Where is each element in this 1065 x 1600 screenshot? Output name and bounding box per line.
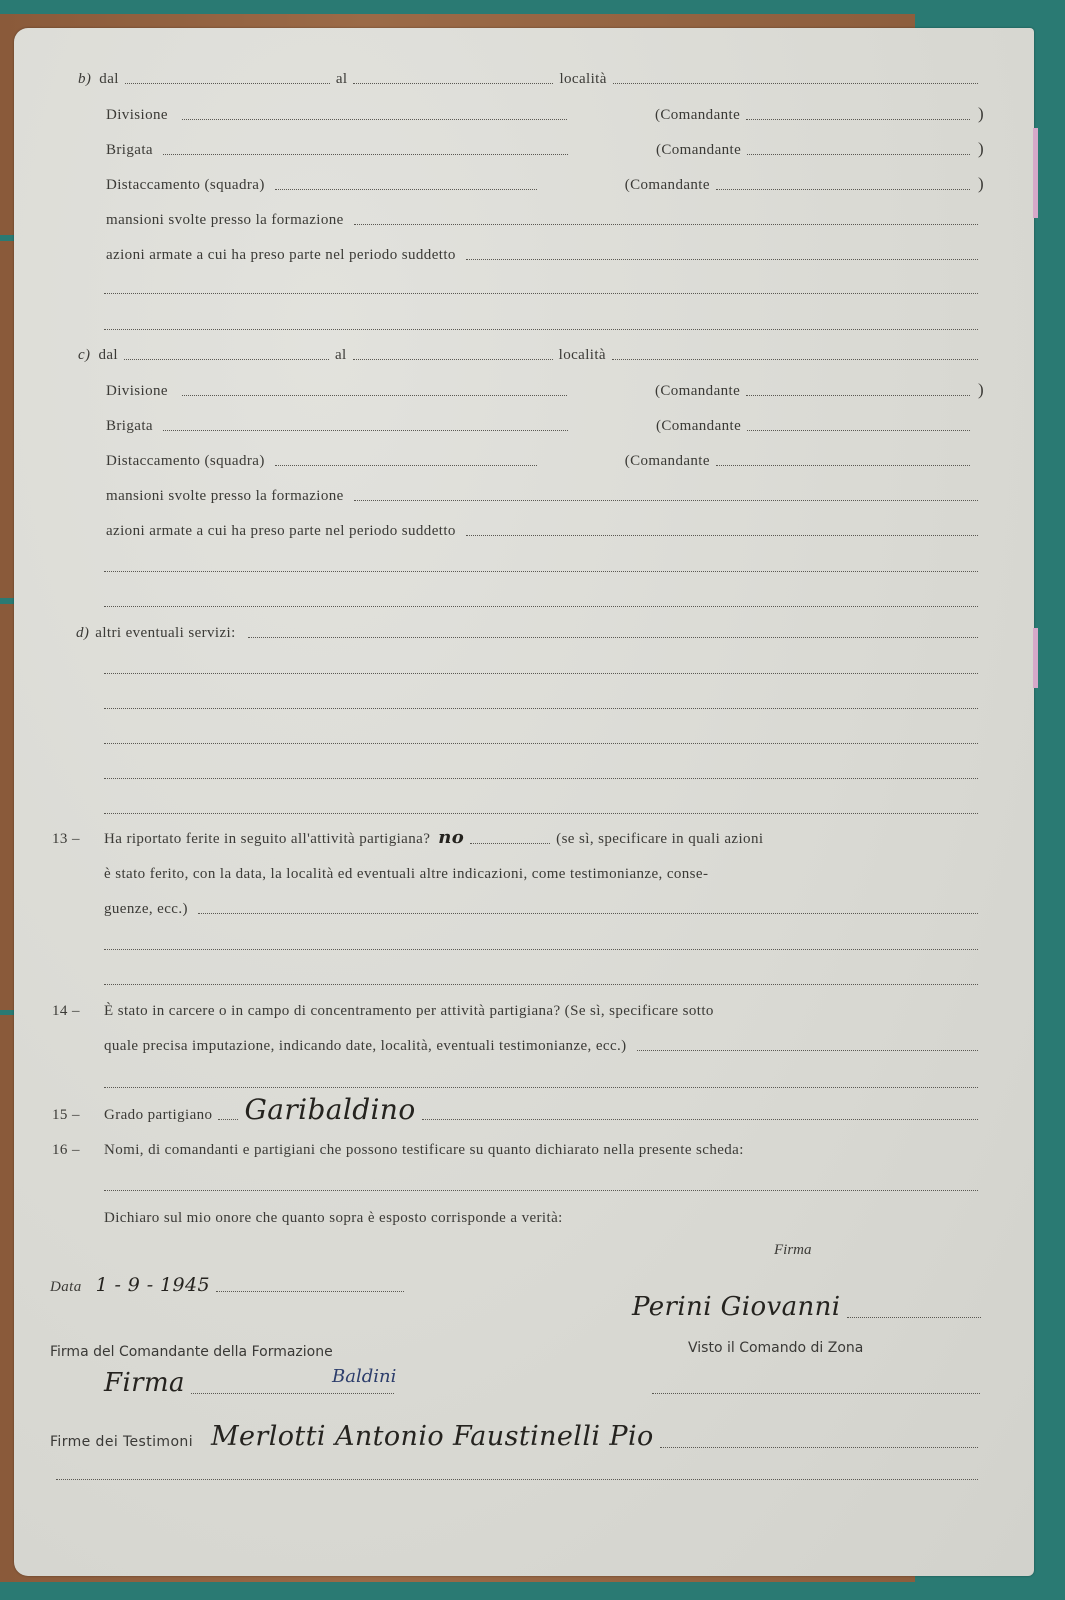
blank-line: [14, 965, 1034, 989]
distaccamento-field[interactable]: [275, 465, 537, 466]
comandante-label: (Comandante: [656, 142, 741, 159]
distaccamento-field[interactable]: [275, 189, 537, 190]
dal-field[interactable]: [125, 83, 330, 84]
declaration-text: Dichiaro sul mio onore che quanto sopra …: [104, 1210, 563, 1227]
comandante-signature-blue[interactable]: Baldini: [332, 1366, 396, 1387]
section-c-mansioni: mansioni svolte presso la formazione: [14, 481, 1034, 505]
q15-label: Grado partigiano: [104, 1107, 212, 1124]
comandante-field[interactable]: [716, 189, 970, 190]
blank-line: [50, 1460, 984, 1484]
comandante-field[interactable]: [747, 154, 970, 155]
comandante-label: (Comandante: [625, 177, 710, 194]
blank-line: [14, 1171, 1034, 1195]
azioni-field[interactable]: [466, 259, 978, 260]
section-letter: c): [78, 347, 90, 364]
al-field[interactable]: [353, 359, 553, 360]
al-label: al: [336, 71, 348, 88]
blank-field[interactable]: [104, 1190, 978, 1191]
q14-question: quale precisa imputazione, indicando dat…: [104, 1038, 627, 1055]
close-paren: ): [978, 174, 984, 194]
q14-line-2: quale precisa imputazione, indicando dat…: [14, 1031, 1034, 1055]
blank-field[interactable]: [56, 1479, 978, 1480]
blank-field[interactable]: [104, 813, 978, 814]
blank-line: [14, 310, 1034, 334]
blank-field[interactable]: [104, 949, 978, 950]
blank-field[interactable]: [104, 778, 978, 779]
visto-comando-label: Visto il Comando di Zona: [688, 1340, 863, 1356]
section-c-brigata: Brigata (Comandante: [14, 411, 1034, 435]
comandante-field[interactable]: [746, 119, 970, 120]
q13-note: è stato ferito, con la data, la località…: [104, 866, 708, 883]
brigata-label: Brigata: [106, 142, 153, 159]
divisione-label: Divisione: [106, 383, 168, 400]
servizi-label: altri eventuali servizi:: [95, 625, 235, 642]
question-number: 14 –: [52, 1003, 104, 1020]
mansioni-field[interactable]: [354, 224, 978, 225]
localita-field[interactable]: [612, 359, 978, 360]
visto-comando-field[interactable]: [652, 1393, 980, 1394]
q15-field-lead: [218, 1119, 238, 1120]
q13-answer[interactable]: no: [438, 827, 464, 848]
blank-line: [14, 930, 1034, 954]
divisione-field[interactable]: [182, 119, 567, 120]
brigata-field[interactable]: [163, 154, 568, 155]
firma-signature[interactable]: Perini Giovanni: [632, 1292, 841, 1322]
divisione-label: Divisione: [106, 107, 168, 124]
comandante-field: [191, 1393, 394, 1394]
comandante-label: (Comandante: [625, 453, 710, 470]
divisione-field[interactable]: [182, 395, 567, 396]
comandante-field[interactable]: [716, 465, 970, 466]
comandante-label: (Comandante: [656, 418, 741, 435]
section-b-azioni: azioni armate a cui ha preso parte nel p…: [14, 240, 1034, 264]
localita-label: località: [559, 347, 606, 364]
form-page: b) dal al località Divisione (Comandante…: [14, 28, 1034, 1576]
close-paren: ): [978, 139, 984, 159]
blank-line: [14, 587, 1034, 611]
section-b-mansioni: mansioni svolte presso la formazione: [14, 205, 1034, 229]
declaration-line: Dichiaro sul mio onore che quanto sopra …: [14, 1203, 1034, 1227]
blank-field[interactable]: [104, 293, 978, 294]
firma-label: Firma: [774, 1242, 812, 1259]
question-number: 16 –: [52, 1142, 104, 1159]
q14-line-1: 14 – È stato in carcere o in campo di co…: [14, 996, 1034, 1020]
q13-details-field[interactable]: [198, 913, 978, 914]
distaccamento-label: Distaccamento (squadra): [106, 177, 265, 194]
blank-field[interactable]: [104, 571, 978, 572]
dal-label: dal: [99, 71, 119, 88]
localita-field[interactable]: [613, 83, 978, 84]
blank-field[interactable]: [104, 606, 978, 607]
section-c-azioni: azioni armate a cui ha preso parte nel p…: [14, 516, 1034, 540]
section-c-divisione: Divisione (Comandante ): [14, 376, 1034, 400]
brigata-field[interactable]: [163, 430, 568, 431]
testimoni-signatures[interactable]: Merlotti Antonio Faustinelli Pio: [211, 1421, 654, 1452]
testimoni-line: Firme dei Testimoni Merlotti Antonio Fau…: [50, 1418, 984, 1452]
distaccamento-label: Distaccamento (squadra): [106, 453, 265, 470]
section-d-servizi: d) altri eventuali servizi:: [14, 618, 1034, 642]
q13-line-1: 13 – Ha riportato ferite in seguito all'…: [14, 824, 1034, 848]
azioni-field[interactable]: [466, 535, 978, 536]
comandante-field[interactable]: [746, 395, 970, 396]
q15-answer[interactable]: Garibaldino: [244, 1098, 415, 1122]
close-paren: ): [978, 104, 984, 124]
section-b-dates: b) dal al località: [14, 64, 1034, 88]
comandante-label: (Comandante: [655, 383, 740, 400]
blank-line: [14, 724, 1034, 748]
blank-line: [14, 552, 1034, 576]
mansioni-label: mansioni svolte presso la formazione: [106, 212, 344, 229]
q13-answer-field: [470, 843, 550, 844]
section-c-dates: c) dal al località: [14, 340, 1034, 364]
testimoni-field: [660, 1447, 978, 1448]
comandante-field[interactable]: [747, 430, 970, 431]
data-field: [216, 1291, 404, 1292]
blank-field[interactable]: [104, 743, 978, 744]
testimoni-label: Firme dei Testimoni: [50, 1434, 193, 1450]
q13-line-2: è stato ferito, con la data, la località…: [14, 859, 1034, 883]
data-label: Data: [50, 1279, 82, 1296]
azioni-label: azioni armate a cui ha preso parte nel p…: [106, 247, 456, 264]
blank-line: [14, 689, 1034, 713]
blank-field[interactable]: [104, 1087, 978, 1088]
comandante-label: (Comandante: [655, 107, 740, 124]
mansioni-label: mansioni svolte presso la formazione: [106, 488, 344, 505]
q13-line-3: guenze, ecc.): [14, 894, 1034, 918]
blank-field[interactable]: [104, 673, 978, 674]
blank-line: [14, 274, 1034, 298]
comandante-signature[interactable]: Firma: [104, 1368, 185, 1398]
azioni-label: azioni armate a cui ha preso parte nel p…: [106, 523, 456, 540]
blank-field[interactable]: [104, 984, 978, 985]
localita-label: località: [559, 71, 606, 88]
visto-comando-line: [646, 1374, 986, 1398]
section-letter: b): [78, 71, 91, 88]
section-letter: d): [76, 625, 89, 642]
section-c-distaccamento: Distaccamento (squadra) (Comandante: [14, 446, 1034, 470]
firma-line: Perini Giovanni: [632, 1288, 987, 1322]
section-b-divisione: Divisione (Comandante ): [14, 100, 1034, 124]
blank-line: [14, 654, 1034, 678]
blank-line: [14, 794, 1034, 818]
q15-field[interactable]: [422, 1119, 978, 1120]
blank-field[interactable]: [104, 329, 978, 330]
q13-note: (se sì, specificare in quali azioni: [556, 831, 763, 848]
comandante-formazione-label: Firma del Comandante della Formazione: [50, 1344, 333, 1360]
blank-line: [14, 759, 1034, 783]
q14-question: È stato in carcere o in campo di concent…: [104, 1003, 714, 1020]
blank-field[interactable]: [104, 708, 978, 709]
servizi-field[interactable]: [248, 637, 978, 638]
q13-question: Ha riportato ferite in seguito all'attiv…: [104, 831, 430, 848]
section-b-distaccamento: Distaccamento (squadra) (Comandante ): [14, 170, 1034, 194]
q15-line: 15 – Grado partigiano Garibaldino: [14, 1100, 1034, 1124]
al-label: al: [335, 347, 347, 364]
q16-line: 16 – Nomi, di comandanti e partigiani ch…: [14, 1135, 1034, 1159]
q16-label: Nomi, di comandanti e partigiani che pos…: [104, 1142, 744, 1159]
dal-label: dal: [98, 347, 118, 364]
mansioni-field[interactable]: [354, 500, 978, 501]
blank-line: [14, 1068, 1034, 1092]
section-b-brigata: Brigata (Comandante ): [14, 135, 1034, 159]
data-value[interactable]: 1 - 9 - 1945: [96, 1274, 210, 1296]
q13-note: guenze, ecc.): [104, 901, 188, 918]
data-line: Data 1 - 9 - 1945: [50, 1272, 410, 1296]
brigata-label: Brigata: [106, 418, 153, 435]
dal-field[interactable]: [124, 359, 329, 360]
al-field[interactable]: [353, 83, 553, 84]
question-number: 13 –: [52, 831, 104, 848]
close-paren: ): [978, 380, 984, 400]
firma-field: [847, 1317, 981, 1318]
question-number: 15 –: [52, 1107, 104, 1124]
q14-field[interactable]: [637, 1050, 978, 1051]
